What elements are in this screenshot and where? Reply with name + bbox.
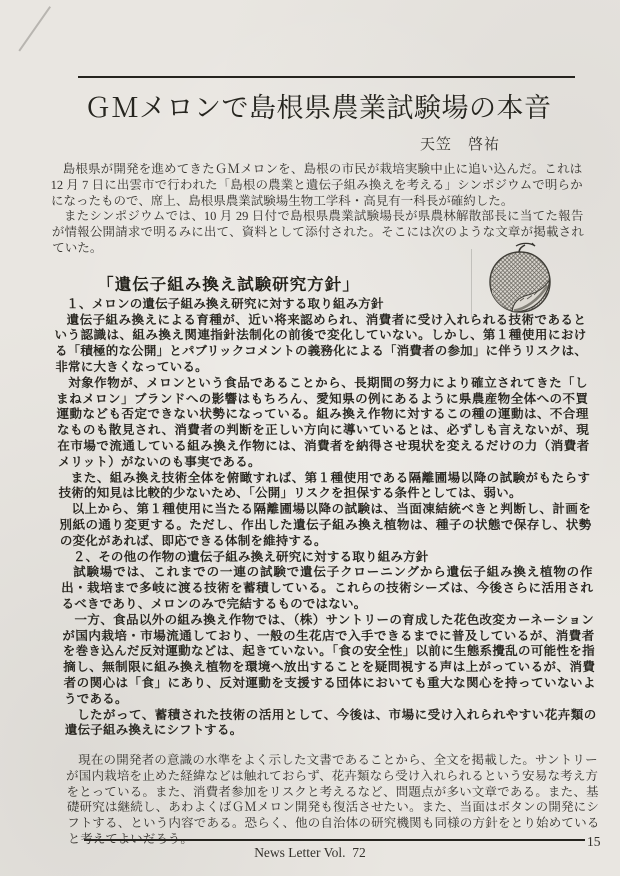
page-number: 15	[587, 834, 601, 850]
policy-paragraph: 以上から、第１種使用に当たる隔離圃場以降の試験は、当面凍結統べきと判断し、計画を…	[59, 502, 592, 549]
policy-paragraph: 遺伝子組み換えによる育種が、近い将来認められ、消費者に受け入れられる技術であると…	[54, 313, 588, 376]
newsletter-footer: News Letter Vol. 72	[0, 845, 620, 861]
article-body: 島根県が開発を進めてきたＧＭメロンを、島根の市民が栽培実験中止に追い込んだ。これ…	[50, 162, 600, 848]
intro-paragraph-2: またシンポジウムでは、10 月 29 日付で島根県農業試験場長が県農林解散部長に…	[51, 209, 584, 256]
commentary-paragraph: 現在の開発者の意識の水準をよく示した文書であることから、全文を掲載した。サントリ…	[65, 753, 599, 848]
policy-heading: 「遺伝子組み換え試験研究方針」	[97, 275, 586, 296]
policy-paragraph: また、組み換え技術全体を俯瞰すれば、第１種使用である隔離圃場以降の試験がもたらす…	[58, 471, 591, 503]
policy-paragraph: したがって、蓄積された技術の活用として、今後は、市場に受け入れられやすい花卉類の…	[64, 708, 597, 740]
quoted-policy-document: 「遺伝子組み換え試験研究方針」 １、メロンの遺伝子組み換え研究に対する取り組み方…	[53, 275, 597, 739]
footer-divider-line	[84, 839, 585, 841]
intro-paragraph-1: 島根県が開発を進めてきたＧＭメロンを、島根の市民が栽培実験中止に追い込んだ。これ…	[50, 162, 583, 209]
policy-paragraph: 対象作物が、メロンという食品であることから、長期間の努力により確立されてきた「し…	[56, 376, 590, 471]
policy-paragraph: 一方、食品以外の組み換え作物では、（株）サントリーの育成した花色改変カーネーショ…	[62, 613, 596, 708]
title-divider-line	[78, 76, 575, 78]
pencil-mark	[18, 6, 50, 51]
author-name: 天笠 啓祐	[420, 133, 540, 154]
policy-paragraph: 試験場では、これまでの一連の試験で遺伝子クローニングから遺伝子組み換え植物の作出…	[61, 565, 594, 612]
article-title: ＧＭメロンで島根県農業試験場の本音	[84, 86, 584, 125]
scanned-newsletter-page: ＧＭメロンで島根県農業試験場の本音 天笠 啓祐 島根県が開発を進めてきたＧＭメロ…	[0, 0, 620, 876]
policy-item-2-title: ２、その他の作物の遺伝子組み換え研究に対する取り組み方針	[60, 550, 592, 566]
policy-item-1-title: １、メロンの遺伝子組み換え研究に対する取り組み方針	[54, 297, 586, 313]
